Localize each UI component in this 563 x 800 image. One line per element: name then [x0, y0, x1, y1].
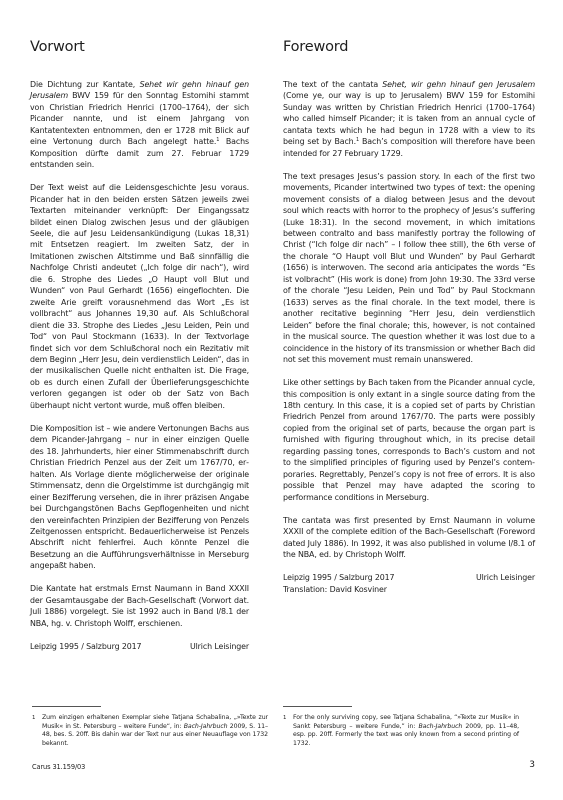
english-paragraph-2: The text presages Jesus’s passion story.… [283, 171, 535, 366]
english-heading: Foreword [283, 38, 535, 56]
german-paragraph-2: Der Text weist auf die Leidensgeschichte… [30, 182, 249, 411]
footnote-text: For the only surviving copy, see Tatjana… [293, 714, 519, 748]
footnote-number: 1 [32, 714, 42, 748]
translator-credit: Translation: David Kosviner [283, 584, 535, 595]
german-column: Vorwort Die Dichtung zur Kantate, Sehet … [30, 38, 249, 652]
english-footnote: 1 For the only surviving copy, see Tatja… [283, 714, 519, 748]
journal-title: Bach-Jahrbuch [184, 723, 228, 730]
footnote-divider [283, 706, 352, 707]
english-column: Foreword The text of the cantata Sehet, … [283, 38, 535, 595]
journal-title: Bach-Jahrbuch [418, 723, 462, 730]
english-paragraph-3: Like other settings by Bach taken from t… [283, 377, 535, 503]
author-name: Ulrich Leisinger [190, 641, 249, 652]
german-heading: Vorwort [30, 38, 249, 56]
catalog-number: Carus 31.159/03 [32, 763, 85, 771]
german-paragraph-3: Die Komposition ist – wie andere Vertonu… [30, 423, 249, 572]
place-date: Leipzig 1995 / Salzburg 2017 [30, 641, 141, 652]
footnote-text: Zum einzigen erhaltenen Exemplar siehe T… [42, 714, 268, 748]
cantata-title: Sehet, wir gehn hinauf gen Jerusa­lem [382, 80, 535, 89]
german-signature: Leipzig 1995 / Salzburg 2017 Ulrich Leis… [30, 641, 249, 652]
german-paragraph-1: Die Dichtung zur Kantate, Sehet wir gehn… [30, 79, 249, 171]
german-footnote: 1 Zum einzigen erhaltenen Exemplar siehe… [32, 714, 268, 748]
page-number: 3 [529, 760, 535, 770]
place-date: Leipzig 1995 / Salzburg 2017 [283, 572, 394, 583]
english-signature: Leipzig 1995 / Salzburg 2017 Ulrich Leis… [283, 572, 535, 583]
text-run: Die Dichtung zur Kantate, [30, 80, 140, 89]
english-paragraph-4: The cantata was first presented by Ernst… [283, 515, 535, 561]
footnote-number: 1 [283, 714, 293, 748]
text-run: The text of the cantata [283, 80, 382, 89]
english-paragraph-1: The text of the cantata Sehet, wir gehn … [283, 79, 535, 159]
author-name: Ulrich Leisinger [476, 572, 535, 583]
footnote-divider [32, 706, 101, 707]
german-paragraph-4: Die Kantate hat erstmals Ernst Naumann i… [30, 583, 249, 629]
